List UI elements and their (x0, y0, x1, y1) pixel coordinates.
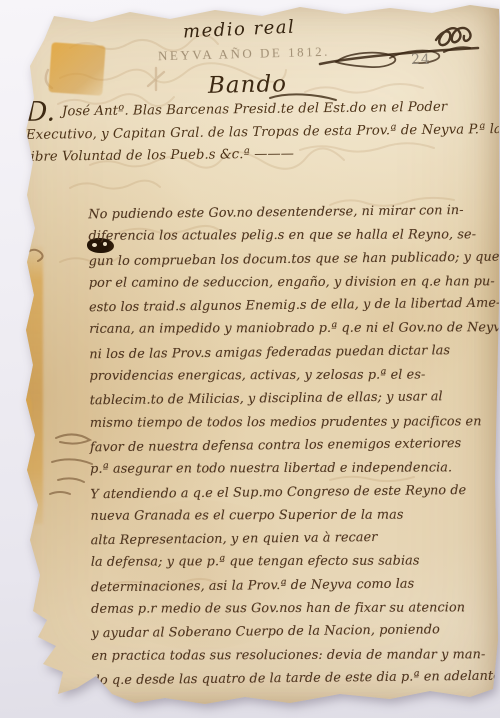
manuscript-line: do q.e desde las quatro de la tarde de e… (92, 665, 488, 693)
manuscript-line: providencias energicas, activas, y zelos… (89, 363, 485, 388)
manuscript-line: por el camino de seduccion, engaño, y di… (89, 270, 485, 295)
rubric-flourish-icon (318, 18, 483, 88)
manuscript-line: en practica todas sus resoluciones: devi… (91, 643, 487, 668)
marginal-mark-icon (20, 242, 50, 266)
manuscript-line: favor de nuestra defensa contra los enem… (90, 432, 486, 460)
opening-paragraph: D. José Antº. Blas Barcenas Presid.te de… (26, 96, 489, 169)
manuscript-line: nueva Granada es el cuerpo Superior de l… (90, 503, 486, 528)
manuscript-line: tablecim.to de Milicias, y disciplina de… (90, 385, 486, 413)
manuscript-line: determinaciones, asi la Prov.ª de Neyva … (91, 572, 487, 600)
manuscript-line: ricana, an impedido y maniobrado p.ª q.e… (89, 317, 485, 342)
photo-backdrop: medio real NEYVA AÑO DE 1812. 24 Bando (0, 0, 500, 718)
manuscript-line: ni los de las Prov.s amigas federadas pu… (89, 339, 485, 367)
paper-shadow-wrap: medio real NEYVA AÑO DE 1812. 24 Bando (0, 0, 500, 718)
folio-number: 24 (411, 52, 431, 68)
manuscript-line: diferencia los actuales pelig.s en que s… (88, 224, 484, 249)
manuscript-paper: medio real NEYVA AÑO DE 1812. 24 Bando (0, 0, 500, 718)
manuscript-line: gun lo comprueban los docum.tos que se h… (89, 245, 485, 273)
manuscript-line: p.ª asegurar en todo nuestra libertad e … (90, 457, 486, 482)
manuscript-line: demas p.r medio de sus Gov.nos han de fi… (91, 596, 487, 621)
manuscript-line: la defensa; y que p.ª que tengan efecto … (91, 550, 487, 575)
manuscript-line: mismo tiempo de todos los medios prudent… (90, 410, 486, 435)
manuscript-line: Y atendiendo a q.e el Sup.mo Congreso de… (90, 478, 486, 506)
drop-cap-initial: D. (26, 101, 56, 123)
stain-left-margin (0, 384, 32, 432)
body-paragraph: No pudiendo este Gov.no desentenderse, n… (88, 200, 487, 692)
manuscript-line: y ayudar al Soberano Cuerpo de la Nacion… (91, 618, 487, 646)
manuscript-line: No pudiendo este Gov.no desentenderse, n… (88, 199, 484, 227)
